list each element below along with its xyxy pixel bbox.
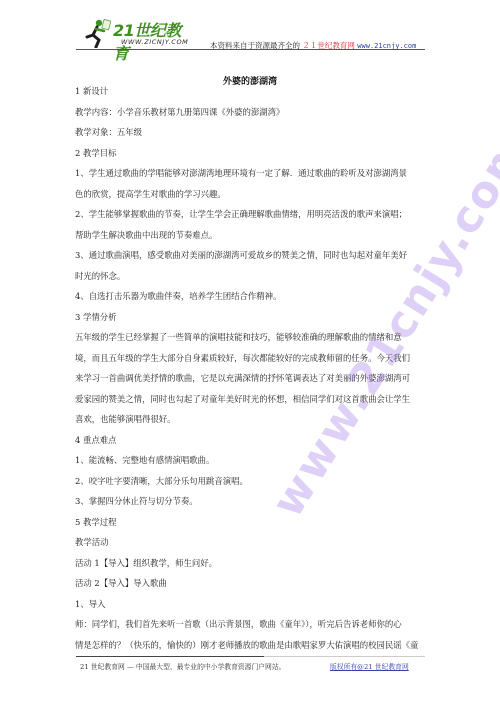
text-line: 情是怎样的？（快乐的，愉快的）刚才老师播放的歌曲是由歌唱家罗大佑演唱的校园民谣《… [75, 640, 425, 650]
text-line: 爱家园的赞美之情，同时也勾起了对童年美好时光的怀想，相信同学们对这首歌曲会让学生 [75, 394, 425, 404]
footer-text: 21 世纪教育网 — 中国最大型、最专业的中小学教育资源门户网站。 [80, 661, 285, 671]
text-line: 2、咬字吐字要清晰，大部分乐句用跳音演唱。 [75, 476, 425, 486]
runner-logo-icon [83, 18, 111, 48]
logo: 21世纪教育 WWW.ZICNJY.COM [83, 14, 193, 50]
text-line: 3、通过歌曲演唱，感受歌曲对美丽的澎湖湾可爱故乡的赞美之情，同时也勾起对童年美好 [75, 250, 425, 260]
text-line: 教学内容：小学音乐教材第九册第四课《外婆的澎湖湾》 [75, 107, 425, 117]
text-line: 活动 2【导入】导入歌曲 [75, 578, 425, 588]
text-line: 来学习一首曲调优美抒情的歌曲，它是以充满深情的抒怀笔调表达了对美丽的外婆澎湖湾可 [75, 373, 425, 383]
footer-divider-accent [76, 656, 264, 657]
text-line: 师：同学们，我们首先来听一首歌（出示背景图，歌曲《童年》），听完后告诉老师你的心 [75, 619, 425, 629]
page-header: 21世纪教育 WWW.ZICNJY.COM 本资料来自于资源最齐全的 ２１世纪教… [75, 12, 425, 52]
text-line: 色的欣赏，提高学生对歌曲的学习兴趣。 [75, 189, 425, 199]
logo-url: WWW.ZICNJY.COM [121, 38, 188, 46]
text-line: 1、学生通过歌曲的学唱能够对澎湖湾地理环境有一定了解．通过歌曲的聆听及对澎湖湾景 [75, 168, 425, 178]
text-line: 1、能流畅、完整地有感情演唱歌曲。 [75, 455, 425, 465]
text-line: 境，而且五年级的学生大部分自身素质较好，每次都能较好的完成教师留的任务。今天我们 [75, 353, 425, 363]
copyright-link[interactable]: 版权所有@21 世纪教育网 [330, 661, 409, 671]
text-line: 3、掌握四分休止符与切分节奏。 [75, 496, 425, 506]
text-line: 5 教学过程 [75, 517, 425, 527]
text-line: 五年级的学生已经掌握了一些简单的演唱技能和技巧，能够较准确的理解歌曲的情绪和意 [75, 332, 425, 342]
text-line: 帮助学生解决歌曲中出现的节奏难点。 [75, 230, 425, 240]
text-line: 教学活动 [75, 537, 425, 547]
header-divider [76, 49, 425, 50]
text-line: 4、自选打击乐器为歌曲伴奏，培养学生团结合作精神。 [75, 291, 425, 301]
text-line: 4 重点难点 [75, 435, 425, 445]
text-line: 2 教学目标 [75, 148, 425, 158]
text-line: 活动 1【导入】组织教学，师生问好。 [75, 558, 425, 568]
text-line: 3 学情分析 [75, 312, 425, 322]
text-line: 喜欢，也能够演唱得很好。 [75, 414, 425, 424]
document-page: 21世纪教育 WWW.ZICNJY.COM 本资料来自于资源最齐全的 ２１世纪教… [0, 0, 500, 707]
document-body: 1 新设计 教学内容：小学音乐教材第九册第四课《外婆的澎湖湾》 教学对象：五年级… [75, 86, 425, 650]
text-line: 教学对象：五年级 [75, 127, 425, 137]
text-line: 1 新设计 [75, 86, 425, 96]
text-line: 1、导入 [75, 599, 425, 609]
text-line: 时光的怀念。 [75, 271, 425, 281]
text-line: 2、学生能够掌握歌曲的节奏，让学生学会正确理解歌曲情绪，用明亮活泼的歌声来演唱； [75, 209, 425, 219]
